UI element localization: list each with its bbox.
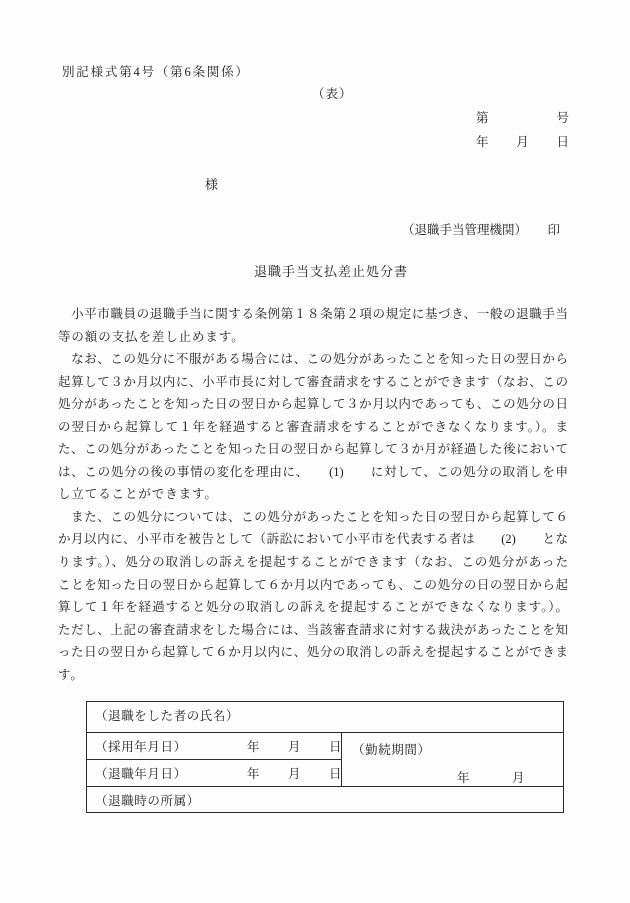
body-line: 等の額の支払を差し止めます。: [58, 326, 568, 349]
document-number-line: 第 号: [476, 108, 569, 126]
table-cell-service-period: （勤続期間） 年 月: [342, 733, 563, 787]
body-line: は、この処分の後の事情の変化を理由に、 (1) に対して、この処分の取消しを申: [58, 461, 568, 484]
body-line: す。: [58, 664, 568, 687]
retire-month-unit: 月: [288, 764, 301, 782]
body-line: ただし、上記の審査請求をした場合には、当該審査請求に対する裁決があったことを知: [58, 619, 568, 642]
addressee-honorific: 様: [205, 174, 218, 193]
body-line: ことを知った日の翌日から起算して６か月以内であっても、この処分の日の翌日から起: [58, 574, 568, 597]
front-side-label: （表）: [312, 84, 353, 102]
service-year-unit: 年: [457, 768, 470, 786]
body-line: 小平市職員の退職手当に関する条例第１８条第２項の規定に基づき、一般の退職手当: [58, 303, 568, 326]
hire-month-unit: 月: [288, 737, 301, 755]
document-page: 別記様式第4号（第6条関係） （表） 第 号 年 月 日 様 （退職手当管理機関…: [0, 0, 630, 903]
retire-date-label: （退職年月日）: [95, 764, 187, 782]
issuer-line: （退職手当管理機関） 印: [402, 220, 560, 238]
table-cell-retire-date: （退職年月日） 年 月 日: [87, 760, 342, 787]
body-line: なお、この処分に不服がある場合には、この処分があったことを知った日の翌日から: [58, 348, 568, 371]
hire-day-unit: 日: [329, 737, 342, 755]
body-line: た、この処分があったことを知った日の翌日から起算して３か月が経過した後において: [58, 438, 568, 461]
number-suffix: 号: [556, 108, 569, 126]
service-period-label: （勤続期間）: [352, 740, 431, 758]
document-body: 小平市職員の退職手当に関する条例第１８条第２項の規定に基づき、一般の退職手当 等…: [58, 303, 568, 686]
retiree-info-table: （退職をした者の氏名） （採用年月日） 年 月 日 （勤続期間） 年 月 （退職…: [86, 701, 564, 813]
form-style-label: 別記様式第4号（第6条関係）: [62, 62, 250, 80]
body-line: 算して１年を経過すると処分の取消しの訴えを提起することができなくなります。）。: [58, 596, 568, 619]
body-line: し立てることができます。: [58, 483, 568, 506]
body-line: 起算して３か月以内に、小平市長に対して審査請求をすることができます（なお、この: [58, 371, 568, 394]
body-line: か月以内に、小平市を被告として（訴訟において小平市を代表する者は (2) とな: [58, 528, 568, 551]
issuer-organization: （退職手当管理機関）: [402, 220, 527, 238]
retire-day-unit: 日: [329, 764, 342, 782]
service-month-unit: 月: [512, 768, 525, 786]
date-year-label: 年: [476, 132, 489, 150]
table-cell-hire-date: （採用年月日） 年 月 日: [87, 733, 342, 760]
document-date-line: 年 月 日: [476, 132, 569, 150]
seal-mark: 印: [547, 220, 560, 238]
body-line: の翌日から起算して１年を経過すると審査請求をすることができなくなります。）。ま: [58, 416, 568, 439]
table-cell-retiree-name: （退職をした者の氏名）: [87, 702, 563, 733]
date-day-label: 日: [556, 132, 569, 150]
date-month-label: 月: [516, 132, 529, 150]
body-line: ります。）、処分の取消しの訴えを提起することができます（なお、この処分があった: [58, 551, 568, 574]
body-line: 処分があったことを知った日の翌日から起算して３か月以内であっても、この処分の日: [58, 393, 568, 416]
retire-year-unit: 年: [247, 764, 260, 782]
retiree-name-label: （退職をした者の氏名）: [95, 706, 239, 724]
table-cell-affiliation: （退職時の所属）: [87, 787, 563, 812]
affiliation-label: （退職時の所属）: [95, 791, 200, 809]
number-prefix: 第: [476, 108, 489, 126]
hire-date-label: （採用年月日）: [95, 737, 187, 755]
document-title: 退職手当支払差止処分書: [254, 261, 408, 280]
body-line: った日の翌日から起算して６か月以内に、処分の取消しの訴えを提起することができま: [58, 641, 568, 664]
body-line: また、この処分については、この処分があったことを知った日の翌日から起算して６: [58, 506, 568, 529]
hire-year-unit: 年: [247, 737, 260, 755]
